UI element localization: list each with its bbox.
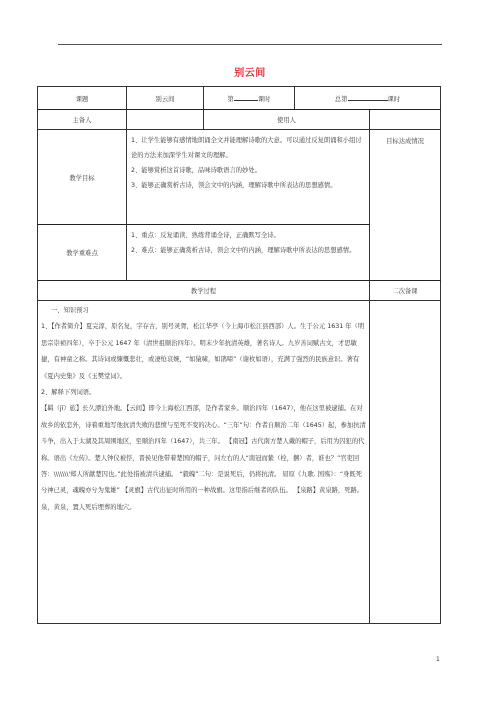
main-preparer-label: 主备人	[38, 110, 127, 130]
vocab-text: 【羁（jī）旅】长久漂泊外地。【云间】即今上海松江西部，是作者家乡。顺治四年（1…	[41, 401, 366, 516]
user-value	[370, 110, 441, 130]
lesson-plan-table: 课题 别云间 第课时 总第课时 主备人 使用人 教学目标 1、让学生能够有感情地…	[37, 86, 441, 624]
user-label: 使用人	[204, 110, 370, 130]
total-prefix: 总第	[335, 96, 348, 103]
main-preparer-value	[127, 110, 204, 130]
page-number: 1	[436, 656, 440, 663]
author-intro: 1、【作者简介】夏完淳，原名复，字存古，别号灵胥，松江华亭（今上海市松江县西部）…	[41, 319, 366, 385]
process-content-row: 一、知识预习 1、【作者简介】夏完淳，原名复，字存古，别号灵胥，松江华亭（今上海…	[38, 301, 441, 624]
total-lesson-cell: 总第课时	[295, 87, 441, 110]
document-title: 别云间	[0, 64, 500, 79]
section-heading: 一、知识预习	[41, 303, 366, 319]
header-rule	[58, 44, 442, 45]
objective-item: 2、能够赏析这首诗歌，品味诗歌语言的妙处。	[131, 163, 365, 178]
topic-value: 别云间	[127, 87, 204, 110]
secondary-prep-label: 二次备课	[370, 281, 441, 301]
lesson-suffix: 课时	[258, 96, 271, 103]
key-points-content: 1、重点：反复诵读、熟练背诵全诗，正确默写全诗。 2、难点：能够正确赏析古诗，领…	[127, 225, 370, 281]
objectives-label: 教学目标	[38, 130, 127, 225]
objective-item: 1、让学生能够有感情地朗诵全文并能理解诗歌的大意。可以通过反复朗诵和小组讨论的方…	[131, 133, 365, 163]
topic-label: 课题	[38, 87, 127, 110]
objective-item: 3、能够正确赏析古诗，领会文中的内涵，理解诗歌中所表达的思想感情。	[131, 178, 365, 193]
key-point-item: 1、重点：反复诵读、熟练背诵全诗，正确默写全诗。	[131, 228, 365, 243]
process-header-row: 教学过程 二次备课	[38, 281, 441, 301]
key-points-label: 教学重难点	[38, 225, 127, 281]
topic-row: 课题 别云间 第课时 总第课时	[38, 87, 441, 110]
objectives-content: 1、让学生能够有感情地朗诵全文并能理解诗歌的大意。可以通过反复朗诵和小组讨论的方…	[127, 130, 370, 225]
vocab-heading: 2、解释下列词语。	[41, 385, 366, 401]
total-number-blank[interactable]	[348, 94, 388, 101]
process-label: 教学过程	[38, 281, 370, 301]
secondary-prep-content	[370, 301, 441, 624]
objective-status-label: 目标达成情况	[370, 130, 441, 281]
lesson-number-cell: 第课时	[204, 87, 295, 110]
key-point-item: 2、难点：能够正确赏析古诗，领会文中的内涵，理解诗歌中所表达的思想感情。	[131, 243, 365, 258]
total-suffix: 课时	[388, 96, 401, 103]
preparer-row: 主备人 使用人	[38, 110, 441, 130]
objectives-row: 教学目标 1、让学生能够有感情地朗诵全文并能理解诗歌的大意。可以通过反复朗诵和小…	[38, 130, 441, 225]
process-content: 一、知识预习 1、【作者简介】夏完淳，原名复，字存古，别号灵胥，松江华亭（今上海…	[38, 301, 370, 624]
lesson-number-blank[interactable]	[234, 94, 258, 101]
